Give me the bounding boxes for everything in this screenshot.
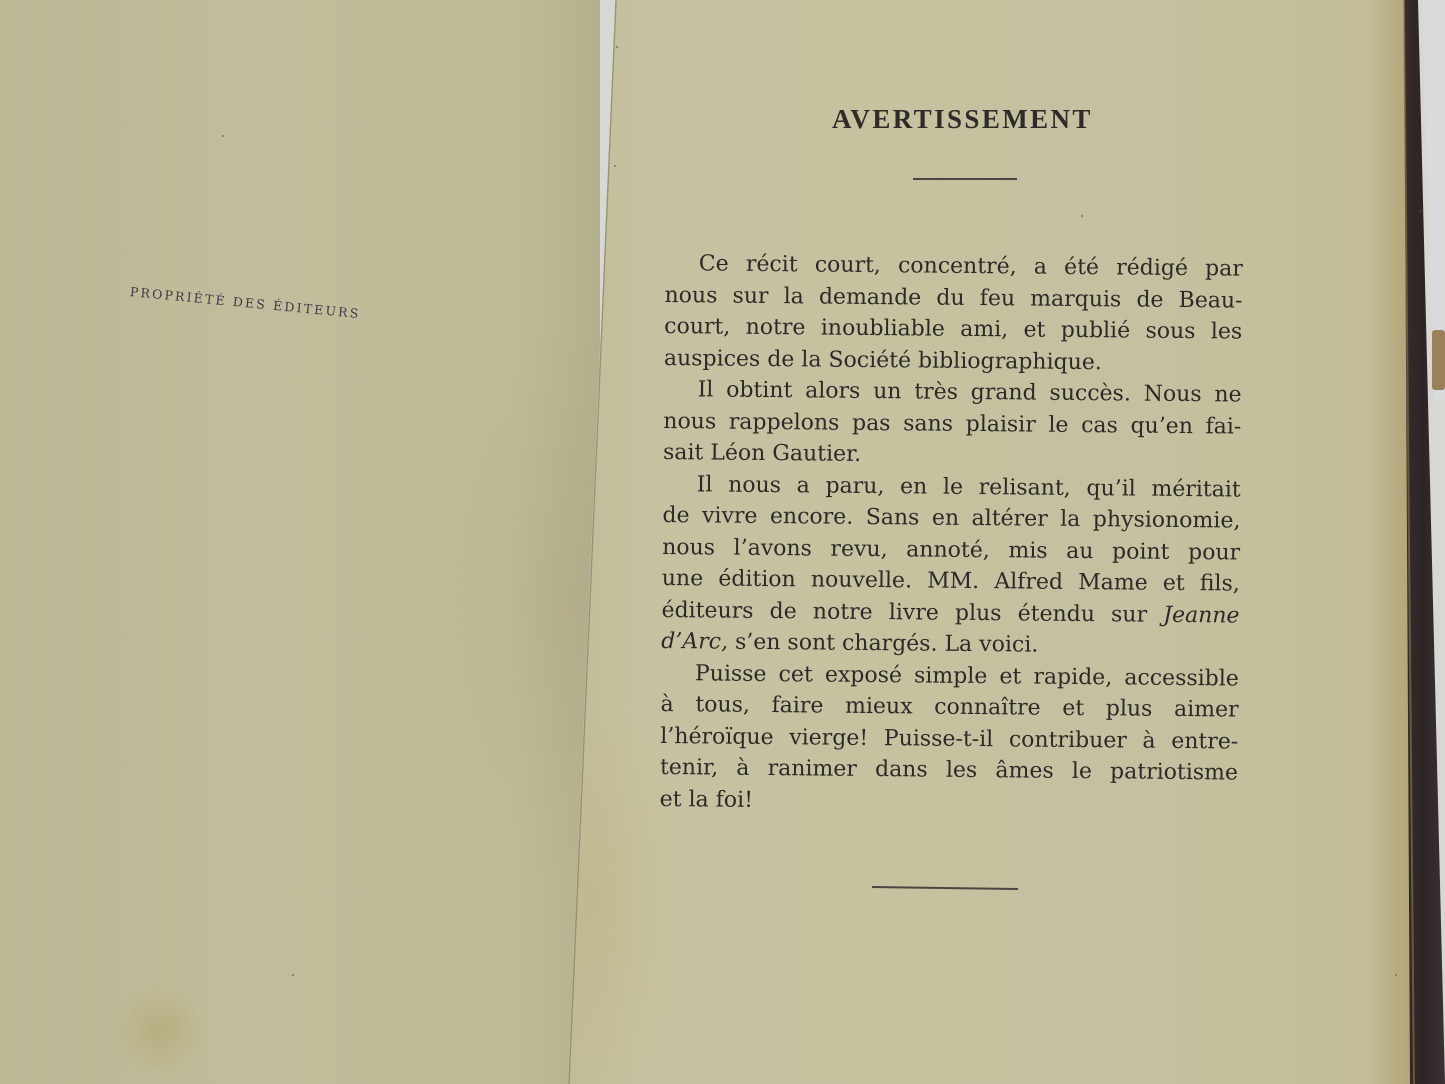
text-line: Il obtint alors un très grand succès. No… bbox=[663, 374, 1241, 411]
text-line: tenir, à ranimer dans les âmes le patrio… bbox=[660, 752, 1238, 789]
text-segment: s’en sont chargés. La voici. bbox=[735, 630, 1039, 658]
text-line: Ce récit court, concentré, a été rédigé … bbox=[665, 248, 1243, 285]
foreword-body: Ce récit court, concentré, a été rédigé … bbox=[660, 248, 1243, 821]
text-line-with-italic: d’Arc, s’en sont chargés. La voici. bbox=[661, 626, 1239, 663]
paper-speck bbox=[614, 165, 616, 167]
text-line: sait Léon Gautier. bbox=[663, 437, 1241, 474]
italic-book-title: d’Arc, bbox=[661, 629, 728, 655]
paper-speck bbox=[1395, 974, 1397, 976]
cover-worn-spot bbox=[1432, 330, 1445, 390]
paper-speck bbox=[1081, 215, 1083, 217]
paper-speck bbox=[292, 974, 294, 976]
text-line: court, notre inoubliable ami, et publié … bbox=[664, 311, 1242, 348]
page-title: AVERTISSEMENT bbox=[832, 104, 1093, 135]
text-line: une édition nouvelle. MM. Alfred Mame et… bbox=[662, 563, 1240, 600]
paper-speck bbox=[222, 135, 224, 137]
paper-speck bbox=[616, 46, 618, 48]
text-line: à tous, faire mieux connaître et plus ai… bbox=[660, 689, 1238, 726]
italic-book-title: Jeanne bbox=[1163, 602, 1240, 628]
text-segment: éditeurs de notre livre plus étendu sur bbox=[661, 597, 1147, 627]
paper-speck bbox=[1420, 210, 1422, 212]
text-line: de vivre encore. Sans en altérer la phys… bbox=[662, 500, 1240, 537]
title-rule bbox=[913, 178, 1017, 180]
open-book-photo: PROPRIÉTÉ DES ÉDITEURS AVERTISSEMENT Ce … bbox=[0, 0, 1445, 1084]
left-page bbox=[0, 0, 600, 1084]
text-line: et la foi! bbox=[660, 783, 1238, 820]
